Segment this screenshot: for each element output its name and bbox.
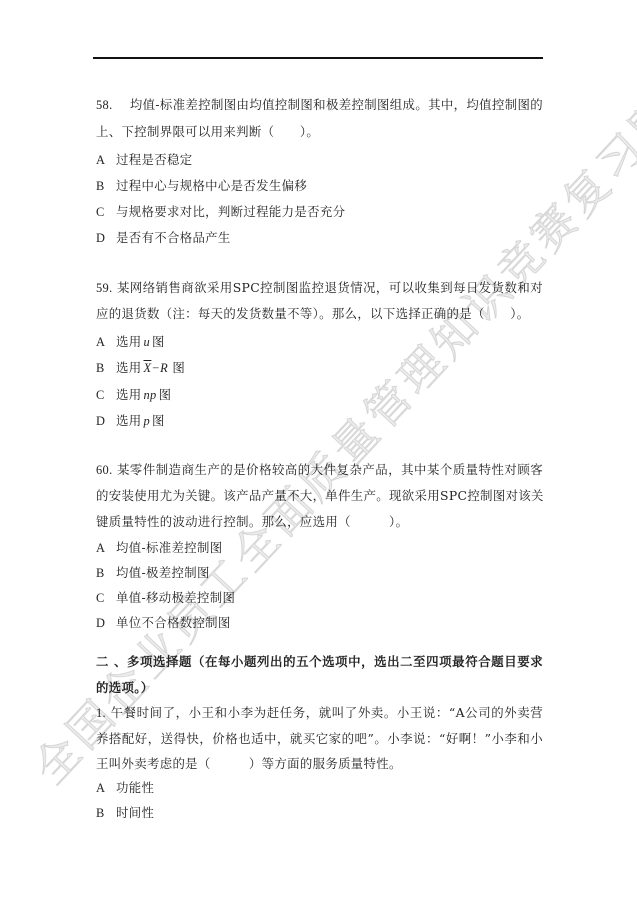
- math-symbol: X−R: [143, 361, 168, 375]
- option-label: C: [96, 387, 116, 403]
- question-60-option-c[interactable]: C单值-移动极差控制图: [96, 590, 235, 606]
- option-text: 单值-移动极差控制图: [116, 590, 235, 605]
- option-text: 时间性: [116, 805, 154, 820]
- option-label: D: [96, 413, 116, 429]
- math-symbol: u: [143, 335, 150, 349]
- option-label: A: [96, 152, 116, 168]
- option-label: B: [96, 178, 116, 194]
- question-60-line-1: 60. 某零件制造商生产的是价格较高的大件复杂产品，其中某个质量特性对顾客: [96, 462, 543, 478]
- question-number: 58.: [96, 98, 113, 112]
- option-text: 过程是否稳定: [116, 152, 192, 167]
- question-58-option-b[interactable]: B过程中心与规格中心是否发生偏移: [96, 178, 307, 194]
- question-59-option-c[interactable]: C选用np图: [96, 387, 171, 403]
- question-59-option-d[interactable]: D选用p图: [96, 413, 165, 429]
- question-58-option-d[interactable]: D是否有不合格品产生: [96, 230, 231, 246]
- question-60-option-a[interactable]: A均值-标准差控制图: [96, 540, 222, 556]
- question-59-option-a[interactable]: A选用u图: [96, 334, 165, 350]
- option-text: 与规格要求对比，判断过程能力是否充分: [116, 204, 345, 219]
- question-number: 1.: [96, 706, 106, 720]
- option-label: A: [96, 780, 116, 796]
- option-label: C: [96, 204, 116, 220]
- question-60-line-3: 键质量特性的波动进行控制。那么，应选用（ ）。: [96, 514, 408, 530]
- question-number: 59.: [96, 281, 113, 295]
- question-58-option-a[interactable]: A过程是否稳定: [96, 152, 192, 168]
- section-heading-line-1: 二 、多项选择题（在每小题列出的五个选项中，选出二至四项最符合题目要求: [96, 654, 543, 670]
- option-text: 过程中心与规格中心是否发生偏移: [116, 178, 307, 193]
- option-text: 是否有不合格品产生: [116, 230, 231, 245]
- option-label: B: [96, 360, 116, 376]
- multi-question-1-option-a[interactable]: A功能性: [96, 780, 154, 796]
- question-60-option-b[interactable]: B均值-极差控制图: [96, 565, 210, 581]
- option-label: D: [96, 230, 116, 246]
- question-number: 60.: [96, 463, 113, 477]
- option-label: A: [96, 334, 116, 350]
- section-heading-line-2: 的选项。）: [96, 680, 154, 696]
- math-symbol: p: [143, 414, 150, 428]
- option-label: A: [96, 540, 116, 556]
- question-58-option-c[interactable]: C与规格要求对比，判断过程能力是否充分: [96, 204, 345, 220]
- option-text: 功能性: [116, 780, 154, 795]
- multi-question-1-line-2: 养搭配好，送得快，价格也适中，就买它家的吧”。小李说：“好啊！”小李和小: [96, 731, 543, 747]
- multi-question-1-line-3: 王叫外卖考虑的是（ ）等方面的服务质量特性。: [96, 756, 402, 772]
- question-58-line-2: 上、下控制界限可以用来判断（ ）。: [96, 124, 319, 140]
- multi-question-1-option-b[interactable]: B时间性: [96, 805, 154, 821]
- option-text: 均值-极差控制图: [116, 565, 210, 580]
- header-rule: [93, 57, 543, 59]
- option-text: 单位不合格数控制图: [116, 615, 231, 630]
- question-59-line-2: 应的退货数（注：每天的发货数量不等）。那么，以下选择正确的是（ ）。: [96, 306, 530, 322]
- option-label: C: [96, 590, 116, 606]
- math-symbol: np: [143, 388, 156, 402]
- question-60-line-2: 的安装使用尤为关键。该产品产量不大，单件生产。现欲采用SPC控制图对该关: [96, 488, 543, 504]
- question-59-line-1: 59. 某网络销售商欲采用SPC控制图监控退货情况，可以收集到每日发货数和对: [96, 280, 543, 296]
- question-60-option-d[interactable]: D单位不合格数控制图: [96, 615, 231, 631]
- multi-question-1-line-1: 1. 午餐时间了，小王和小李为赶任务，就叫了外卖。小王说：“A公司的外卖营: [96, 705, 543, 721]
- question-59-option-b[interactable]: B选用X−R 图: [96, 360, 185, 376]
- option-label: D: [96, 615, 116, 631]
- option-label: B: [96, 565, 116, 581]
- question-58-line-1: 58. 均值-标准差控制图由均值控制图和极差控制图组成。其中，均值控制图的: [96, 97, 543, 113]
- option-label: B: [96, 805, 116, 821]
- option-text: 均值-标准差控制图: [116, 540, 222, 555]
